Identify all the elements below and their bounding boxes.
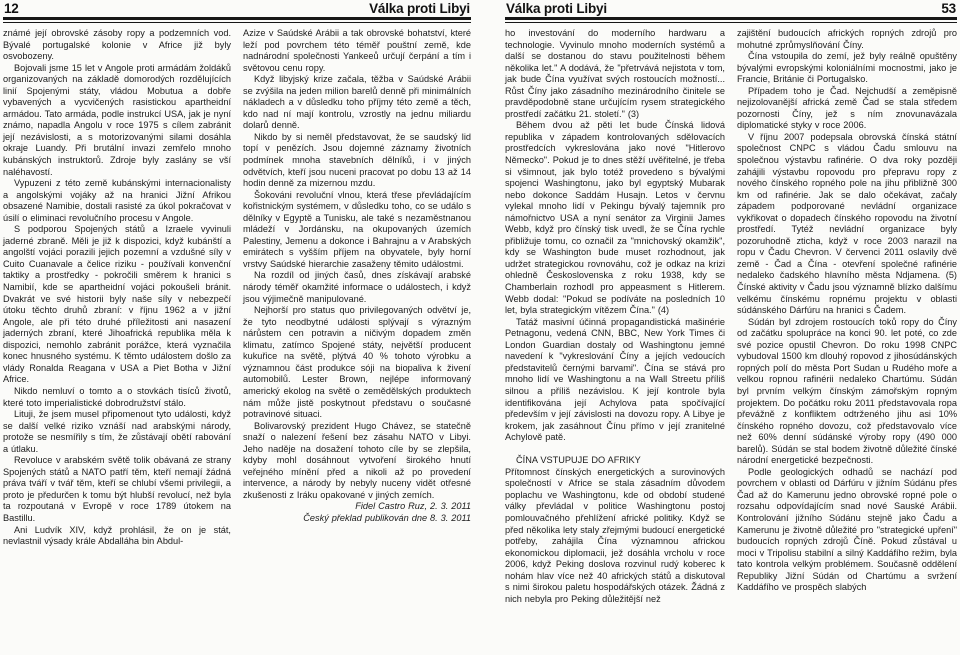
book-spread: 12 Válka proti Libyi známé její obrovské… [0, 0, 960, 655]
page-number: 53 [941, 2, 956, 15]
paragraph: Lituji, že jsem musel připomenout tyto u… [3, 409, 231, 455]
paragraph: Nikdo nemluví o tomto a o stovkách tisíc… [3, 386, 231, 409]
page-header-left: 12 Válka proti Libyi [3, 2, 471, 17]
paragraph: Súdán byl zdrojem rostoucích toků ropy d… [737, 317, 957, 467]
paragraph: ho investování do moderního hardwaru a t… [505, 28, 725, 120]
paragraph: známé její obrovské zásoby ropy a podzem… [3, 28, 231, 63]
paragraph: Šokováni revoluční vlnou, která třese př… [243, 190, 471, 271]
paragraph: Podle geologických odhadů se nachází pod… [737, 467, 957, 594]
paragraph: Bojovali jsme 15 let v Angole proti armá… [3, 63, 231, 178]
page-header-right: Válka proti Libyi 53 [505, 2, 957, 17]
signature-line: Český překlad publikován dne 8. 3. 2011 [243, 513, 471, 525]
paragraph: zajištění budoucích afrických ropných zd… [737, 28, 957, 51]
running-title: Válka proti Libyi [369, 2, 470, 15]
text-columns: ho investování do moderního hardwaru a t… [505, 28, 957, 605]
paragraph: Tatáž masivní účinná propagandistická ma… [505, 317, 725, 444]
paragraph: Nikdo by si neměl představovat, že se sa… [243, 132, 471, 190]
paragraph: Případem toho je Čad. Nejchudší a zeměpi… [737, 86, 957, 132]
text-column-1: známé její obrovské zásoby ropy a podzem… [3, 28, 231, 548]
text-column-2: Azize v Saúdské Arábii a tak obrovské bo… [243, 28, 471, 548]
paragraph: Revoluce v arabském světě tolik obávaná … [3, 455, 231, 524]
paragraph: Ani Ludvík XIV, když prohlásil, že on je… [3, 525, 231, 548]
header-rule [3, 17, 471, 23]
section-heading: ČÍNA VSTUPUJE DO AFRIKY [505, 455, 725, 467]
text-column-4: zajištění budoucích afrických ropných zd… [737, 28, 957, 605]
paragraph: S podporou Spojených států a Izraele vyv… [3, 224, 231, 386]
paragraph: Přítomnost čínských energetických a suro… [505, 467, 725, 606]
paragraph: Když libyjský krize začala, těžba v Saúd… [243, 74, 471, 132]
paragraph: Bolivarovský prezident Hugo Chávez, se s… [243, 421, 471, 502]
paragraph: V říjnu 2007 podepsala obrovská čínská s… [737, 132, 957, 317]
paragraph: Azize v Saúdské Arábii a tak obrovské bo… [243, 28, 471, 74]
page-12: 12 Válka proti Libyi známé její obrovské… [0, 0, 480, 655]
page-number: 12 [4, 2, 19, 15]
paragraph: Čína vstoupila do zemí, jež byly reálně … [737, 51, 957, 86]
signature-line: Fidel Castro Ruz, 2. 3. 2011 [243, 501, 471, 513]
page-53: Válka proti Libyi 53 ho investování do m… [480, 0, 960, 655]
text-columns: známé její obrovské zásoby ropy a podzem… [3, 28, 471, 548]
paragraph: Nejhorší pro status quo privilegovaných … [243, 305, 471, 420]
paragraph: Během dvou až pěti let bude Čínská lidov… [505, 120, 725, 316]
running-title: Válka proti Libyi [506, 2, 607, 15]
header-rule [505, 17, 957, 23]
paragraph: Na rozdíl od jiných časů, dnes získávají… [243, 270, 471, 305]
text-column-3: ho investování do moderního hardwaru a t… [505, 28, 725, 605]
paragraph: Vypuzeni z této země kubánskými internac… [3, 178, 231, 224]
